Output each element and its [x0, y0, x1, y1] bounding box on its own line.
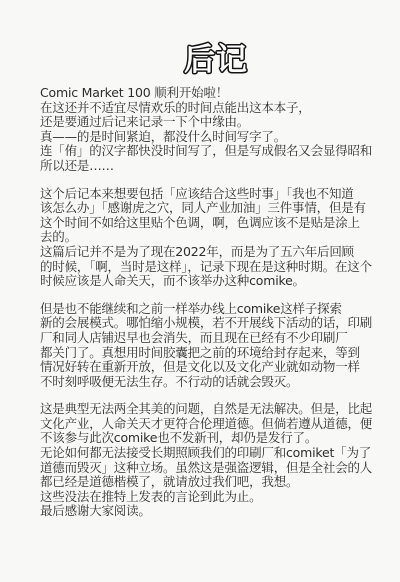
afterword-title-logo: 后记 — [156, 36, 276, 80]
afterword-body: Comic Market 100 顺利开始啦！ 在这还并不适宜尽情欢乐的时间点能… — [40, 86, 392, 519]
page-title: 后记 — [184, 42, 248, 78]
afterword-paragraph-closing: 这是典型无法两全其美的问题，自然是无法解决。但是，比起 文化产业，人命关天才更符… — [40, 402, 392, 519]
afterword-page: 后记 Comic Market 100 顺利开始啦！ 在这还并不适宜尽情欢乐的时… — [0, 0, 400, 582]
afterword-paragraph-industry: 但是也不能继续和之前一样举办线上comike这样子探索 新的会展模式。哪怕缩小规… — [40, 302, 392, 390]
afterword-logo-svg: 后记 — [156, 36, 276, 80]
afterword-paragraph-intro: Comic Market 100 顺利开始啦！ 在这还并不适宜尽情欢乐的时间点能… — [40, 86, 392, 174]
afterword-paragraph-context: 这个后记本来想要包括「应该结合这些时事」「我也不知道 该怎么办」「感谢虎之穴，同… — [40, 187, 392, 289]
